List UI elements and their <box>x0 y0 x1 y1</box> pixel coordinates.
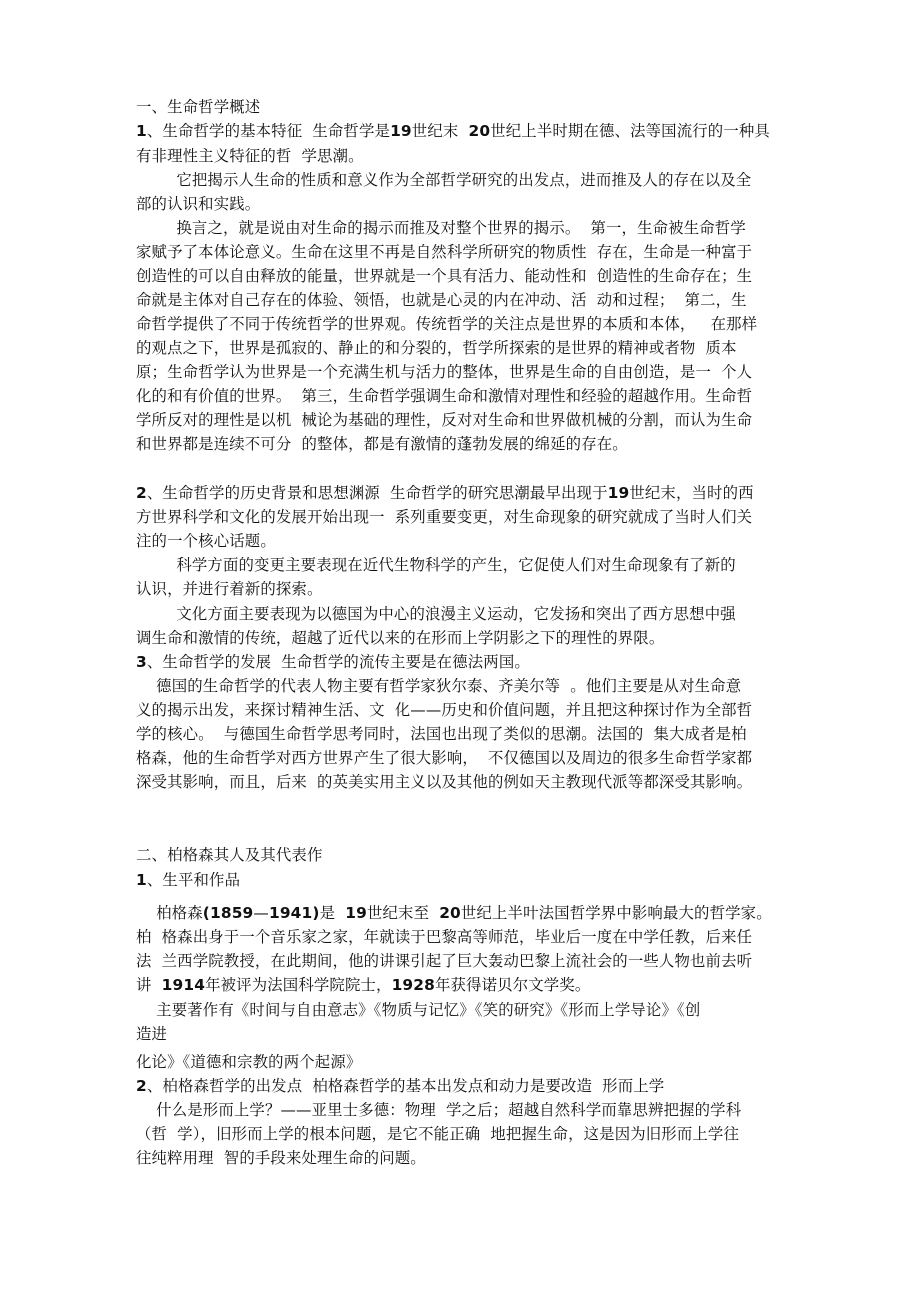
text-line: 命就是主体对自己存在的体验、领悟，也就是心灵的内在冲动、活 动和过程； 第二，生 <box>136 289 747 311</box>
text-line: 有非理性主义特征的哲 学思潮。 <box>136 145 364 167</box>
text-line: 创造性的可以自由释放的能量，世界就是一个具有活力、能动性和 创造性的生命存在；生 <box>136 265 752 287</box>
text-line: 2、生命哲学的历史背景和思想渊源 生命哲学的研究思潮最早出现于19世纪末，当时的… <box>136 482 754 504</box>
text-line: 主要著作有《时间与自由意志》《物质与记忆》《笑的研究》《形而上学导论》《创 <box>136 999 700 1021</box>
text-line: 柏 格森出身于一个音乐家之家，年就读于巴黎高等师范，毕业后一度在中学任教，后来任 <box>136 926 752 948</box>
text-line: 文化方面主要表现为以德国为中心的浪漫主义运动，它发扬和突出了西方思想中强 <box>136 603 736 625</box>
text-line: 一、生命哲学概述 <box>136 96 260 118</box>
text-line: 3、生命哲学的发展 生命哲学的流传主要是在德法两国。 <box>136 651 530 673</box>
text-line: 部的认识和实践。 <box>136 193 260 215</box>
text-line: 2、柏格森哲学的出发点 柏格森哲学的基本出发点和动力是要改造 形而上学 <box>136 1075 664 1097</box>
text-line: 深受其影响，而且，后来 的英美实用主义以及其他的例如天主教现代派等都深受其影响。 <box>136 771 752 793</box>
text-line: 认识，并进行着新的探索。 <box>136 578 323 600</box>
text-line: 1、生平和作品 <box>136 869 240 891</box>
text-line: 往纯粹用理 智的手段来处理生命的问题。 <box>136 1147 426 1169</box>
text-line: 换言之，就是说由对生命的揭示而推及对整个世界的揭示。 第一，生命被生命哲学 <box>136 217 746 239</box>
text-line: 二、柏格森其人及其代表作 <box>136 844 323 866</box>
text-line: 它把揭示人生命的性质和意义作为全部哲学研究的出发点，进而推及人的存在以及全 <box>136 169 751 191</box>
text-line: 命哲学提供了不同于传统哲学的世界观。传统哲学的关注点是世界的本质和本体， 在那样 <box>136 313 757 335</box>
text-line: 注的一个核心话题。 <box>136 530 276 552</box>
text-line: 义的揭示出发，来探讨精神生活、文 化——历史和价值问题，并且把这种探讨作为全部哲 <box>136 699 752 721</box>
text-line: 学的核心。 与德国生命哲学思考同时，法国也出现了类似的思潮。法国的 集大成者是柏 <box>136 723 747 745</box>
text-line: 法 兰西学院教授，在此期间，他的讲课引起了巨大轰动巴黎上流社会的一些人物也前去听 <box>136 950 752 972</box>
text-line: 德国的生命哲学的代表人物主要有哲学家狄尔泰、齐美尔等 。他们主要是从对生命意 <box>136 675 741 697</box>
text-line: 方世界科学和文化的发展开始出现一 系列重要变更，对生命现象的研究就成了当时人们关 <box>136 506 752 528</box>
text-line: 1、生命哲学的基本特征 生命哲学是19世纪末 20世纪上半时期在德、法等国流行的… <box>136 120 770 142</box>
text-line: 家赋予了本体论意义。生命在这里不再是自然科学所研究的物质性 存在，生命是一种富于 <box>136 241 752 263</box>
text-line: 化的和有价值的世界。 第三，生命哲学强调生命和激情对理性和经验的超越作用。生命哲 <box>136 385 752 407</box>
text-line: 化论》《道德和宗教的两个起源》 <box>136 1051 361 1073</box>
text-line: 讲 1914年被评为法国科学院院士，1928年获得诺贝尔文学奖。 <box>136 974 590 996</box>
text-line: 的观点之下，世界是孤寂的、静止的和分裂的，哲学所探索的是世界的精神或者物 质本 <box>136 337 737 359</box>
text-line: 格森，他的生命哲学对西方世界产生了很大影响， 不仅德国以及周边的很多生命哲学家都 <box>136 747 752 769</box>
text-line: 和世界都是连续不可分 的整体，都是有激情的蓬勃发展的绵延的存在。 <box>136 433 628 455</box>
text-line: 学所反对的理性是以机 械论为基础的理性，反对对生命和世界做机械的分割，而认为生命 <box>136 409 752 431</box>
text-line: （哲 学），旧形而上学的根本问题，是它不能正确 地把握生命，这是因为旧形而上学往 <box>136 1123 739 1145</box>
text-line: 科学方面的变更主要表现在近代生物科学的产生，它促使人们对生命现象有了新的 <box>136 554 736 576</box>
text-line: 原；生命哲学认为世界是一个充满生机与活力的整体，世界是生命的自由创造，是一 个人 <box>136 361 752 383</box>
text-line: 什么是形而上学？——亚里士多德：物理 学之后；超越自然科学而靠思辨把握的学科 <box>136 1099 741 1121</box>
text-line: 调生命和激情的传统，超越了近代以来的在形而上学阴影之下的理性的界限。 <box>136 627 664 649</box>
text-line: 造进 <box>136 1023 167 1045</box>
text-line: 柏格森(1859—1941)是 19世纪末至 20世纪上半叶法国哲学界中影响最大… <box>136 902 772 924</box>
